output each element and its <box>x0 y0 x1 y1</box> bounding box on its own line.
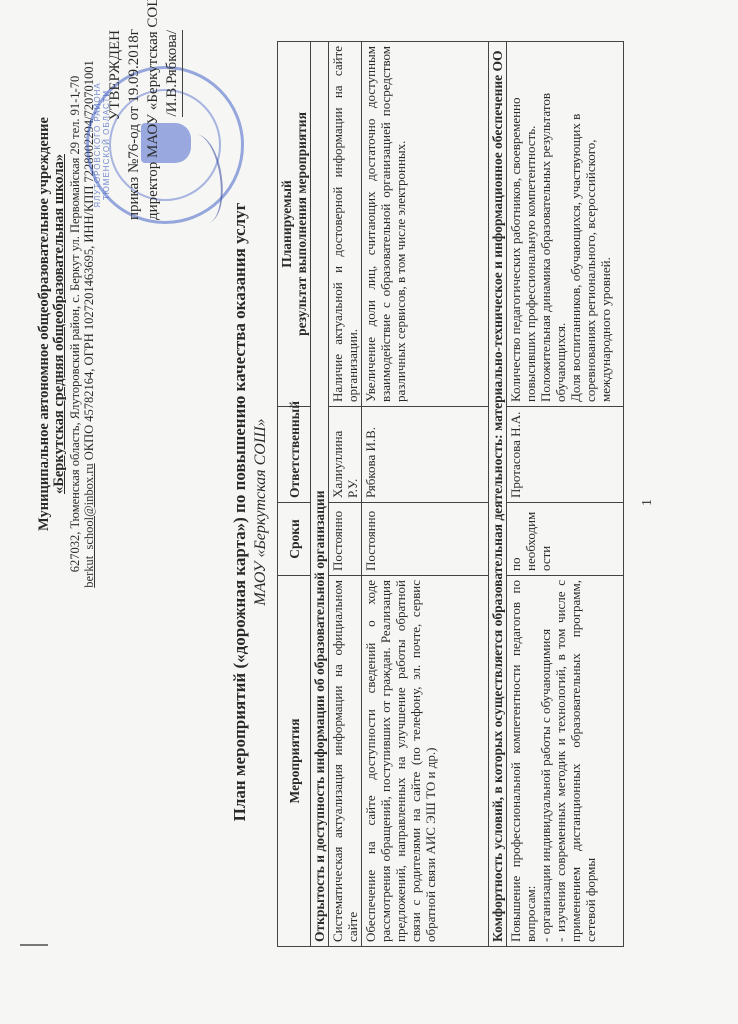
cell-event: Обеспечение на сайте доступности сведени… <box>362 576 489 947</box>
section-row: Комфортность условий, в которых осуществ… <box>489 42 507 947</box>
table-header-row: Мероприятия Сроки Ответственный Планируе… <box>278 42 311 947</box>
column-header-result: Планируемый результат выполнения меропри… <box>278 42 311 407</box>
approval-block: УТВЕРЖДЕН приказ №76-од от 19.09.2018г д… <box>106 30 183 220</box>
cell-responsible: Рябкова И.В. <box>362 407 489 503</box>
roadmap-table: Мероприятия Сроки Ответственный Планируе… <box>277 41 624 947</box>
cell-responsible: Протасова Н.А. <box>507 407 624 503</box>
column-header-terms: Сроки <box>278 503 311 576</box>
approval-director: директор МАОУ «Беркутская СОШ» <box>144 30 163 220</box>
cell-result: Количество педагогических работников, св… <box>507 42 624 407</box>
cell-term: по необходим ости <box>507 503 624 576</box>
cell-result: Наличие актуальной и достоверной информа… <box>329 42 362 407</box>
school-name: «Беркутская средняя общеобразовательная … <box>51 64 68 584</box>
cell-event: Систематическая актуализация информации … <box>329 576 362 947</box>
column-header-responsible: Ответственный <box>278 407 311 503</box>
document-subtitle: МАОУ «Беркутская СОШ» <box>252 0 270 1024</box>
page-number: 1 <box>640 499 656 506</box>
column-header-events: Мероприятия <box>278 576 311 947</box>
cell-term: Постоянно <box>329 503 362 576</box>
org-address: 627032, Тюменская область, Ялуторовский … <box>68 4 83 644</box>
table-row: Повышение профессиональной компетентност… <box>507 42 624 947</box>
approval-order: приказ №76-од от 19.09.2018г <box>125 30 144 220</box>
section-title: Открытость и доступность информации об о… <box>311 42 329 947</box>
section-row: Открытость и доступность информации об о… <box>311 42 329 947</box>
table-row: Обеспечение на сайте доступности сведени… <box>362 42 489 947</box>
org-email-link[interactable]: berkut_school@inbox.ru <box>82 463 96 587</box>
section-title: Комфортность условий, в которых осуществ… <box>489 42 507 947</box>
cell-term: Постоянно <box>362 503 489 576</box>
document-page: Муниципальное автономное общеобразовател… <box>0 0 738 1024</box>
cell-responsible: Халиуллина Р.У. <box>329 407 362 503</box>
cell-event: Повышение профессиональной компетентност… <box>507 576 624 947</box>
column-header-result-line2: результат выполнения мероприятия <box>294 46 309 402</box>
scan-margin-mark <box>20 944 48 946</box>
cell-result: Увеличение доли лиц, считающих достаточн… <box>362 42 489 407</box>
approval-label: УТВЕРЖДЕН <box>106 30 125 220</box>
column-header-result-line1: Планируемый <box>279 46 294 402</box>
table-row: Систематическая актуализация информации … <box>329 42 362 947</box>
approval-signatory: /И.В.Рябкова/ <box>163 30 183 117</box>
